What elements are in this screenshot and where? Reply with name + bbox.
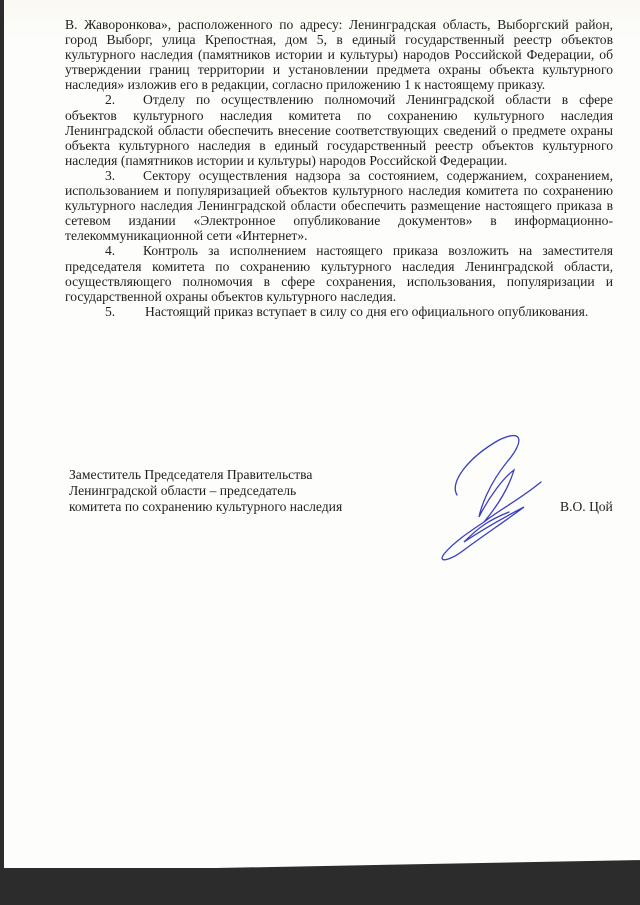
handwritten-signature-icon — [429, 432, 544, 567]
item-4: 4.Контроль за исполнением настоящего при… — [65, 243, 613, 303]
item-2: 2.Отделу по осуществлению полномочий Лен… — [65, 92, 613, 167]
position-line: комитета по сохранению культурного насле… — [69, 499, 342, 515]
document-body: В. Жаворонкова», расположенного по адрес… — [65, 17, 613, 319]
continuation-paragraph: В. Жаворонкова», расположенного по адрес… — [65, 17, 613, 92]
signatory-position: Заместитель Председателя Правительства Л… — [69, 467, 342, 515]
document-page: В. Жаворонкова», расположенного по адрес… — [4, 0, 640, 868]
item-number: 4. — [105, 243, 143, 258]
item-text: Контроль за исполнением настоящего прика… — [65, 243, 613, 303]
item-text: Настоящий приказ вступает в силу со дня … — [145, 304, 588, 319]
item-5: 5.Настоящий приказ вступает в силу со дн… — [65, 304, 613, 319]
item-text: Отделу по осуществлению полномочий Ленин… — [65, 92, 613, 167]
signatory-name: В.О. Цой — [560, 499, 613, 515]
item-3: 3.Сектору осуществления надзора за состо… — [65, 168, 613, 243]
item-number: 2. — [105, 92, 143, 107]
item-number: 5. — [105, 304, 145, 319]
position-line: Ленинградской области – председатель — [69, 483, 342, 499]
position-line: Заместитель Председателя Правительства — [69, 467, 342, 483]
item-text: Сектору осуществления надзора за состоян… — [65, 168, 613, 243]
item-number: 3. — [105, 168, 143, 183]
